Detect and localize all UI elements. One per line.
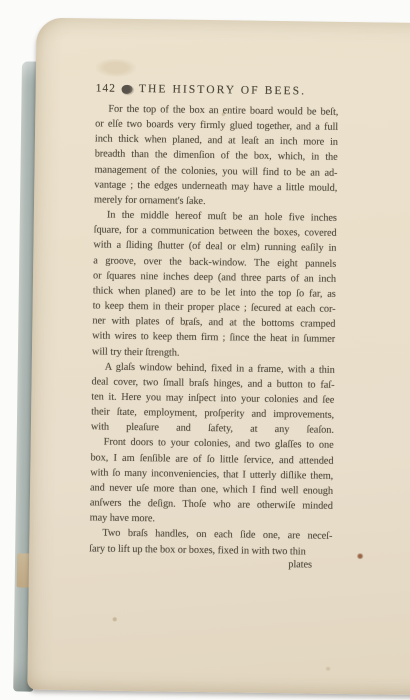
- paragraph: Front doors to your colonies, and two gl…: [90, 435, 334, 529]
- book-group: 142 THE HISTORY OF BEES. For the top of …: [0, 0, 410, 700]
- header-title: THE HISTORY OF BEES.: [139, 83, 306, 97]
- book-page: 142 THE HISTORY OF BEES. For the top of …: [27, 18, 410, 695]
- running-header: 142 THE HISTORY OF BEES.: [96, 82, 338, 97]
- ink-blot: [121, 84, 133, 94]
- paragraph: In the middle hereof muſt be an hole fiv…: [92, 208, 337, 363]
- paragraph: For the top of the box an entire board w…: [94, 101, 338, 210]
- book-photograph: 142 THE HISTORY OF BEES. For the top of …: [0, 0, 410, 700]
- paragraph: A glaſs window behind, fixed in a frame,…: [91, 359, 335, 438]
- text-body: For the top of the box an entire board w…: [89, 101, 339, 572]
- page-number: 142: [96, 82, 116, 94]
- paragraph: Two braſs handles, on each ſide one, are…: [89, 526, 332, 560]
